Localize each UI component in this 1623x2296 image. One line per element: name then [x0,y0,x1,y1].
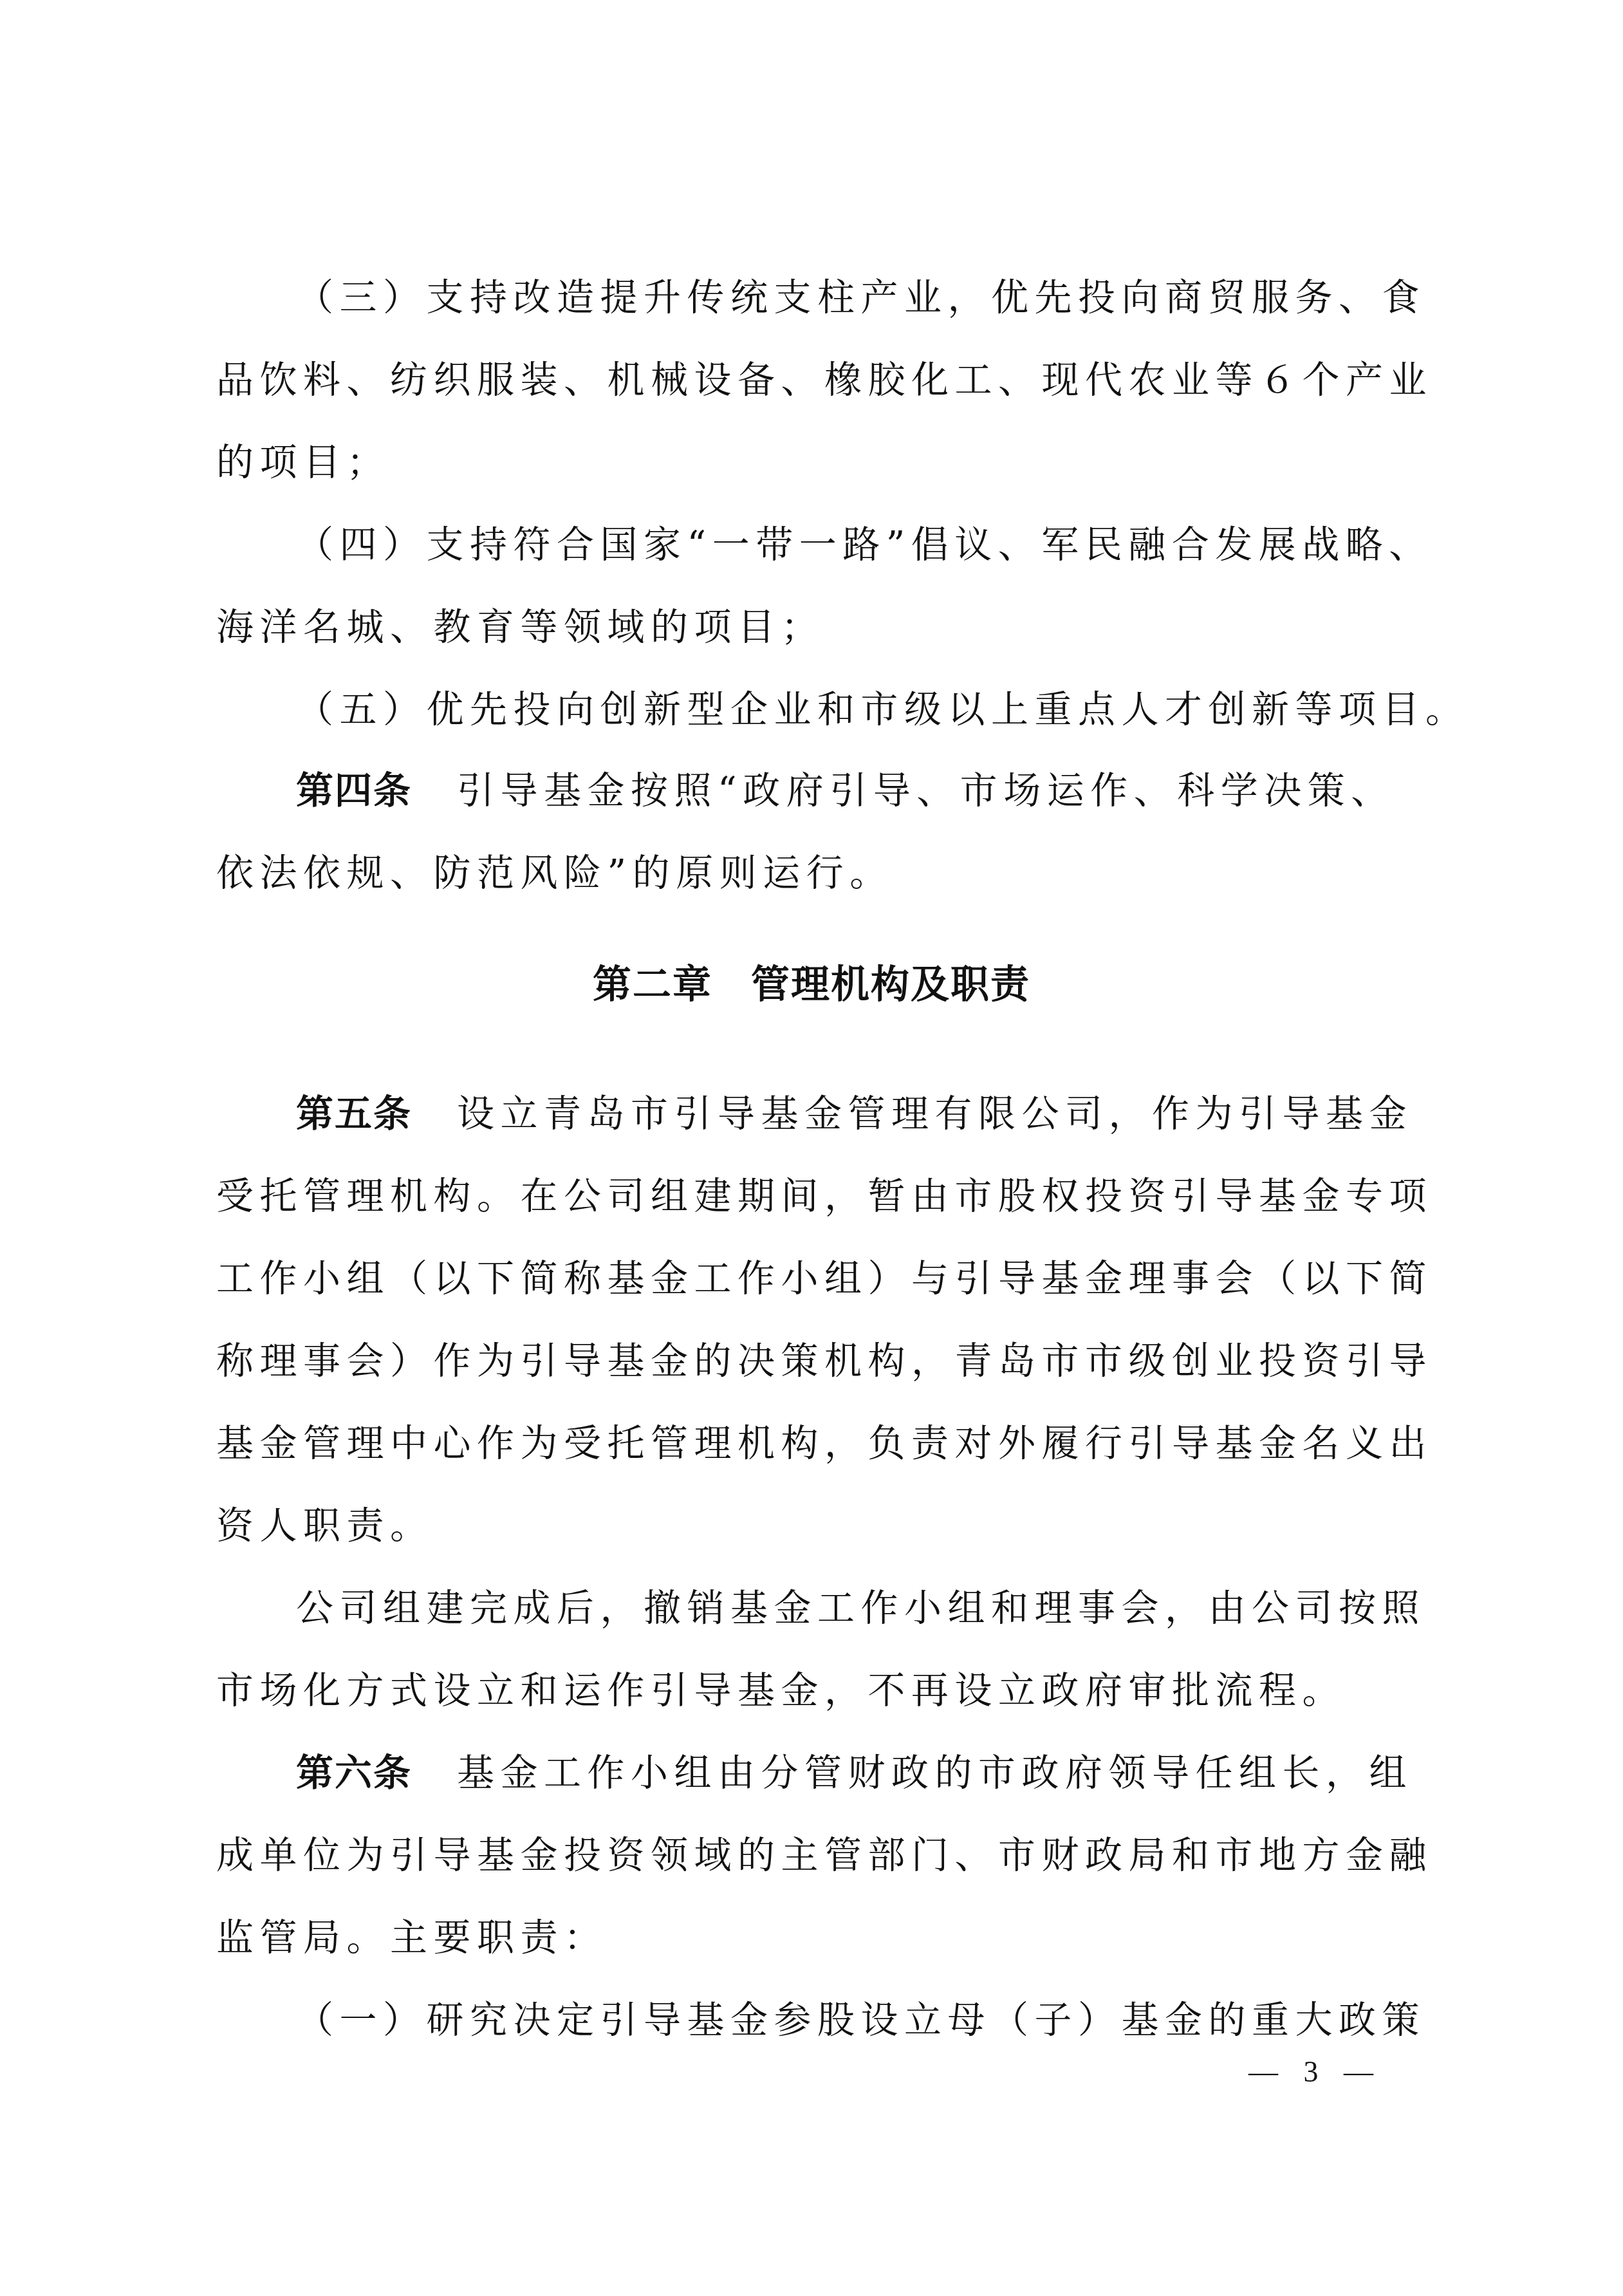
paragraph-line: 公司组建完成后，撤销基金工作小组和理事会，由公司按照 [296,1587,1413,1629]
paragraph-line: 监管局。主要职责： [216,1917,1413,1958]
line-text: 资人职责。 [216,1505,434,1546]
article-line: 第五条 设立青岛市引导基金管理有限公司，作为引导基金 [296,1093,1413,1134]
paragraph-line: （五）优先投向创新型企业和市级以上重点人才创新等项目。 [296,689,1413,730]
page-number: — 3 — [1248,2055,1382,2089]
line-text: 依法依规、防范风险”的原则运行。 [216,852,893,893]
line-text: （五）优先投向创新型企业和市级以上重点人才创新等项目。 [296,689,1469,730]
paragraph-line: 成单位为引导基金投资领域的主管部门、市财政局和市地方金融 [216,1834,1413,1876]
line-text: 监管局。主要职责： [216,1917,607,1958]
paragraph-line: 依法依规、防范风险”的原则运行。 [216,852,1413,893]
paragraph-line: （三）支持改造提升传统支柱产业，优先投向商贸服务、食 [296,277,1413,318]
article-number: 第五条 [296,1093,412,1134]
paragraph-line: 基金管理中心作为受托管理机构，负责对外履行引导基金名义出 [216,1423,1413,1464]
line-text: （一）研究决定引导基金参股设立母（子）基金的重大政策 [296,1999,1425,2040]
article-line: 第四条 引导基金按照“政府引导、市场运作、科学决策、 [296,770,1413,811]
paragraph-line: 资人职责。 [216,1505,1413,1546]
article-number: 第六条 [296,1752,412,1793]
line-text: 海洋名城、教育等领域的项目； [216,606,824,648]
line-text: 引导基金按照“政府引导、市场运作、科学决策、 [457,770,1395,811]
line-text: 公司组建完成后，撤销基金工作小组和理事会，由公司按照 [296,1587,1425,1629]
paragraph-line: （一）研究决定引导基金参股设立母（子）基金的重大政策 [296,1999,1413,2040]
paragraph-line: 工作小组（以下简称基金工作小组）与引导基金理事会（以下简 [216,1258,1413,1299]
line-text: 的项目； [216,442,390,483]
line-text: 工作小组（以下简称基金工作小组）与引导基金理事会（以下简 [216,1258,1433,1299]
line-text: 品饮料、纺织服装、机械设备、橡胶化工、现代农业等６个产业 [216,359,1433,400]
paragraph-line: 称理事会）作为引导基金的决策机构，青岛市市级创业投资引导 [216,1340,1413,1381]
line-text: 基金管理中心作为受托管理机构，负责对外履行引导基金名义出 [216,1423,1433,1464]
line-text: 市场化方式设立和运作引导基金，不再设立政府审批流程。 [216,1670,1346,1711]
chapter-title: 管理机构及职责 [751,962,1030,1007]
line-text: 称理事会）作为引导基金的决策机构，青岛市市级创业投资引导 [216,1340,1433,1381]
paragraph-line: 市场化方式设立和运作引导基金，不再设立政府审批流程。 [216,1670,1413,1711]
line-text: 成单位为引导基金投资领域的主管部门、市财政局和市地方金融 [216,1834,1433,1876]
article-line: 第六条 基金工作小组由分管财政的市政府领导任组长，组 [296,1752,1413,1793]
line-text: 基金工作小组由分管财政的市政府领导任组长，组 [457,1752,1413,1793]
paragraph-line: 受托管理机构。在公司组建期间，暂由市股权投资引导基金专项 [216,1175,1413,1217]
paragraph-line: 的项目； [216,442,1413,483]
paragraph-line: （四）支持符合国家“一带一路”倡议、军民融合发展战略、 [296,524,1413,565]
paragraph-line: 品饮料、纺织服装、机械设备、橡胶化工、现代农业等６个产业 [216,359,1413,400]
chapter-heading: 第二章管理机构及职责 [0,964,1623,1006]
line-text: （四）支持符合国家“一带一路”倡议、军民融合发展战略、 [296,524,1433,565]
line-text: （三）支持改造提升传统支柱产业，优先投向商贸服务、食 [296,277,1425,318]
line-text: 设立青岛市引导基金管理有限公司，作为引导基金 [457,1093,1413,1134]
line-text: 受托管理机构。在公司组建期间，暂由市股权投资引导基金专项 [216,1175,1433,1217]
article-number: 第四条 [296,770,412,811]
chapter-number: 第二章 [593,962,712,1007]
document-page: （三）支持改造提升传统支柱产业，优先投向商贸服务、食 品饮料、纺织服装、机械设备… [0,0,1623,2296]
paragraph-line: 海洋名城、教育等领域的项目； [216,606,1413,648]
